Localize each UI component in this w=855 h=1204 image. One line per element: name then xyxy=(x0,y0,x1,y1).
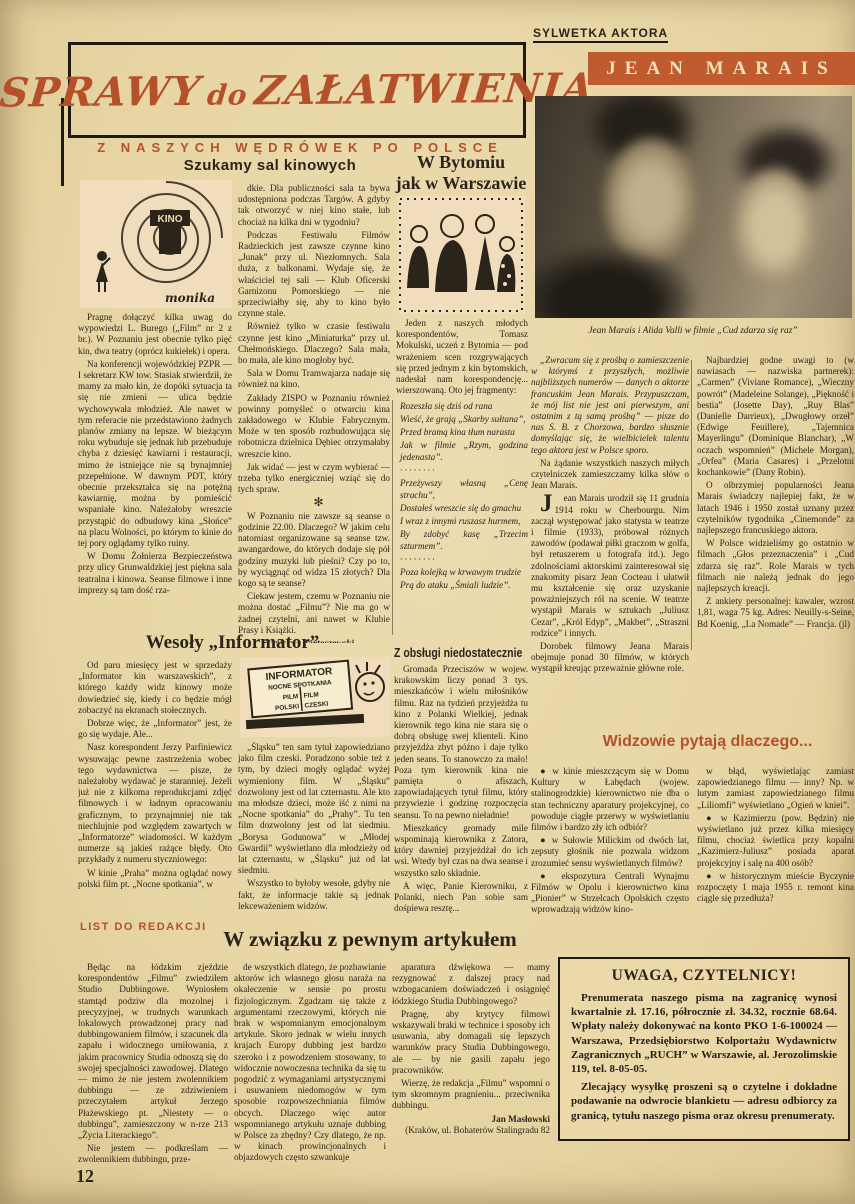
kino-spiral-cartoon: KINO monika xyxy=(80,180,232,308)
actor-paragraph: W Polsce widzieliśmy go ostatnio w filma… xyxy=(697,538,854,594)
kina-paragraph: dkie. Dla publiczności sala ta bywa udos… xyxy=(238,183,390,228)
bytom-column: Jeden z naszych młodych korespondentów, … xyxy=(396,318,528,638)
widzowie-bullet: ● w historycznym mieście Byczynie rozpoc… xyxy=(697,871,854,905)
poem-line: Dostałeś wreszcie się do gmachu xyxy=(396,502,528,514)
poem-line: · · · · · · · · xyxy=(396,464,528,476)
masthead-title: SPRAWYdoZAŁATWIENIA xyxy=(0,64,596,116)
informator-paragraph: Dobrze więc, że „Informator” jest, że go… xyxy=(78,718,232,740)
dubbing-signature: Jan Masłowski xyxy=(392,1114,550,1125)
kina-paragraph: Jak widać — jest w czym wybierać — trzeb… xyxy=(238,462,390,496)
actor-quote: „Zwracam się z prośbą o zamieszczenie w … xyxy=(531,355,689,456)
informator-column-1: Od paru miesięcy jest w sprzedaży „Infor… xyxy=(78,660,232,918)
masthead-word-1: SPRAWY xyxy=(0,67,203,116)
photo-face-marais xyxy=(605,138,697,264)
informator-cartoon: INFORMATOR NOCNE SPOTKANIA PILM | FILM P… xyxy=(240,657,390,737)
actor-title-banner: JEAN MARAIS xyxy=(588,52,855,85)
reader-face xyxy=(356,662,384,701)
obsluga-paragraph: A więc, Panie Kierowniku, z Polanki, nie… xyxy=(394,881,528,915)
kina-paragraph: Sala w Domu Tramwajarza nadaje się równi… xyxy=(238,368,390,390)
kina-column-1: Pragnę dołączyć kilka uwag do wypowiedzi… xyxy=(78,312,232,642)
article-widzowie-title: Widzowie pytają dlaczego... xyxy=(560,733,855,751)
star-separator: ✻ xyxy=(238,497,390,508)
dubbing-column-2: de wszystkich dlatego, że pozbawianie ak… xyxy=(234,962,386,1180)
widzowie-bullet: ● ekspozytura Centrali Wynajmu Filmów w … xyxy=(531,871,689,916)
notice-title: UWAGA, CZYTELNICY! xyxy=(571,967,837,985)
widzowie-bullet: ● w kinie mieszczącym się w Domu Kultury… xyxy=(531,766,689,833)
masthead-box: SPRAWYdoZAŁATWIENIA xyxy=(68,42,526,138)
poem-line: I wraz z innymi ruszasz hurmem, xyxy=(396,515,528,527)
bytom-title-line2: jak w Warszawie xyxy=(392,173,530,194)
informator-paragraph: W kinie „Praha” można oglądać nowy polsk… xyxy=(78,868,232,890)
column-rule xyxy=(691,360,692,650)
stick-figure xyxy=(96,251,110,292)
kina-paragraph: Zakłady ZISPO w Poznaniu również powinny… xyxy=(238,393,390,460)
informator-paragraph: Od paru miesięcy jest w sprzedaży „Infor… xyxy=(78,660,232,716)
obsluga-paragraph: Gromada Przeciszów w wojew. krakowskim l… xyxy=(394,664,528,821)
article-kina-title: Szukamy sal kinowych xyxy=(110,157,430,174)
magazine-page: SPRAWYdoZAŁATWIENIA Z NASZYCH WĘDRÓWEK P… xyxy=(0,0,855,1204)
notice-paragraph-1: Prenumerata naszego pisma na zagranicę w… xyxy=(571,991,837,1076)
queue-cartoon xyxy=(397,196,525,314)
informator-paragraph: „Śląsku” ten sam tytuł zapowiedziano jak… xyxy=(238,742,390,876)
actor-intro: Na żądanie wszystkich naszych miłych czy… xyxy=(531,458,689,492)
kina-paragraph: Również tylko w czasie festiwalu czynne … xyxy=(238,321,390,366)
crowd-figures xyxy=(407,215,515,292)
notice-paragraph-2: Zlecający wysyłkę proszeni są o czytelne… xyxy=(571,1080,837,1123)
kino-sign-label: KINO xyxy=(158,214,183,225)
widzowie-bullet: w błąd, wyświetlając zamiast zapowiedzia… xyxy=(697,766,854,811)
column-rule xyxy=(392,400,393,635)
bytom-title-line1: W Bytomiu xyxy=(392,152,530,173)
poem-line: Wieść, że grają „Skarby sułtana”, xyxy=(396,413,528,425)
obsluga-column: Gromada Przeciszów w wojew. krakowskim l… xyxy=(394,664,528,916)
dubbing-column-3: aparatura dźwiękowa — mamy rezygnować z … xyxy=(392,962,550,1180)
actor-filmography: Dorobek filmowy Jeana Marais obejmuje po… xyxy=(531,641,689,675)
subscription-notice-box: UWAGA, CZYTELNICY! Prenumerata naszego p… xyxy=(558,957,850,1141)
cartoon-signature: monika xyxy=(165,291,215,305)
kina-paragraph: Ciekaw jestem, czemu w Poznaniu nie możn… xyxy=(238,591,390,636)
informator-paragraph: Wszystko to byłoby wesołe, gdyby nie fak… xyxy=(238,878,390,912)
actor-paragraph: O olbrzymiej popularności Jeana Marais ś… xyxy=(697,480,854,536)
kina-paragraph: Podczas Festiwalu Filmów Radzieckich jes… xyxy=(238,230,390,320)
poem-line: By zdobyć kasę „Trzecim szturmem”. xyxy=(396,528,528,552)
dubbing-column-1: Będąc na łódzkim zjeździe korespondentów… xyxy=(78,962,228,1180)
kina-column-2: dkie. Dla publiczności sala ta bywa udos… xyxy=(238,183,390,643)
actor-bio: Jean Marais urodził się 11 grudnia 1914 … xyxy=(531,493,689,639)
article-obsluga-title: Z obsługi niedostatecznie xyxy=(394,646,528,660)
dubbing-paragraph: Nie jestem — podkreślam — zwolennikiem d… xyxy=(78,1143,228,1165)
actor-paragraph: Z ankiety personalnej: kawaler, wzrost 1… xyxy=(697,596,854,630)
photo-caption: Jean Marais i Alida Valli w filmie „Cud … xyxy=(531,326,855,336)
widzowie-column-1: ● w kinie mieszczącym się w Domu Kultury… xyxy=(531,766,689,954)
poem-line: · · · · · · · · xyxy=(396,553,528,565)
jean-marais-photo xyxy=(535,96,852,318)
dubbing-paragraph: aparatura dźwiękowa — mamy rezygnować z … xyxy=(392,962,550,1007)
obsluga-paragraph: Mieszkańcy gromady mile wspominają kiero… xyxy=(394,823,528,879)
poem-line: Przed bramą kina tłum narasta xyxy=(396,426,528,438)
kina-paragraph: W Poznaniu nie zawsze są seanse o godzin… xyxy=(238,511,390,589)
poem-line: Rozeszła się dziś od rana xyxy=(396,400,528,412)
kina-paragraph: Na konferencji wojewódzkiej PZPR — I sek… xyxy=(78,359,232,549)
kino-door xyxy=(159,226,181,254)
bytom-poem: Rozeszła się dziś od ranaWieść, że grają… xyxy=(396,400,528,591)
widzowie-bullet: ● w Kazimierzu (pow. Będzin) nie wyświet… xyxy=(697,813,854,869)
newspaper: INFORMATOR NOCNE SPOTKANIA PILM | FILM P… xyxy=(248,661,352,718)
poem-line: Przeżywszy własną „Cenę strachu”, xyxy=(396,477,528,501)
dubbing-paragraph: de wszystkich dlatego, że pozbawianie ak… xyxy=(234,962,386,1164)
dubbing-paragraph: Wierzę, że redakcja „Filmu” wspomni o ty… xyxy=(392,1078,550,1112)
article-dubbing-title: W związku z pewnym artykułem xyxy=(150,927,590,952)
article-informator-title: Wesoły „Informator” xyxy=(75,632,390,654)
actor-kicker: SYLWETKA AKTORA xyxy=(533,26,668,43)
article-bytom-title: W Bytomiu jak w Warszawie xyxy=(392,152,530,194)
informator-paragraph: Nasz korespondent Jerzy Parfiniewicz wys… xyxy=(78,742,232,865)
kina-paragraph: Pragnę dołączyć kilka uwag do wypowiedzi… xyxy=(78,312,232,357)
actor-paragraph: Najbardziej godne uwagi to (w nawiasach … xyxy=(697,355,854,478)
poem-line: Jak w filmie „Rzym, godzina jedenasta”. xyxy=(396,439,528,463)
actor-column-2: Najbardziej godne uwagi to (w nawiasach … xyxy=(697,355,854,721)
bytom-intro: Jeden z naszych młodych korespondentów, … xyxy=(396,318,528,396)
poem-line: Prą do ataku „Śmiali ludzie”. xyxy=(396,579,528,591)
poem-line: Poza kolejką w krwawym trudzie xyxy=(396,566,528,578)
dubbing-paragraph: Pragnę, aby krytycy filmowi wskazywali b… xyxy=(392,1009,550,1076)
photo-face-valli xyxy=(733,168,817,286)
widzowie-bullet: ● w Sułowie Milickim od dwóch lat, zepsu… xyxy=(531,835,689,869)
dubbing-paragraph: Będąc na łódzkim zjeździe korespondentów… xyxy=(78,962,228,1141)
dubbing-signature-address: (Kraków, ul. Bohaterów Stalingradu 82 xyxy=(392,1125,550,1136)
masthead-word-2: do xyxy=(206,78,249,111)
actor-column-1: „Zwracam się z prośbą o zamieszczenie w … xyxy=(531,355,689,721)
widzowie-column-2: w błąd, wyświetlając zamiast zapowiedzia… xyxy=(697,766,854,954)
informator-column-2: „Śląsku” ten sam tytuł zapowiedziano jak… xyxy=(238,742,390,914)
kina-paragraph: W Domu Żołnierza Bezpieczeństwa przy uli… xyxy=(78,551,232,596)
page-number: 12 xyxy=(76,1166,94,1187)
